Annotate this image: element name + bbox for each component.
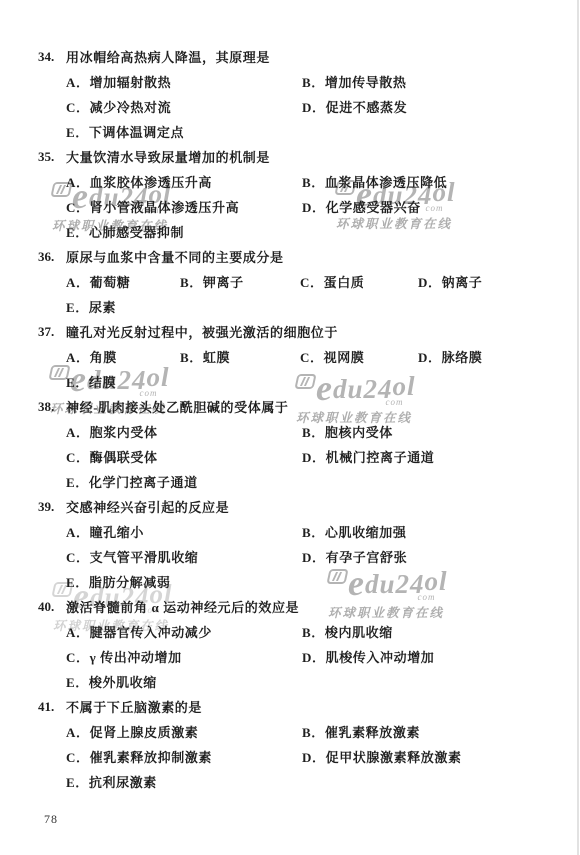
option-label: B． [302, 522, 325, 541]
option-label: E． [66, 772, 89, 791]
option-row: C．减少冷热对流D．促进不感蒸发 [38, 94, 564, 119]
option-label: A． [66, 622, 90, 641]
option-row: A．促肾上腺皮质激素B．催乳素释放激素 [38, 719, 564, 744]
option-text: 化学门控离子通道 [89, 472, 198, 491]
option-label: A． [66, 422, 90, 441]
option: C．视网膜 [300, 347, 418, 366]
option-label: C． [66, 197, 90, 216]
option-text: 支气管平滑肌收缩 [90, 547, 199, 566]
option: E．梭外肌收缩 [66, 672, 302, 691]
option-row: C．γ 传出冲动增加D．肌梭传入冲动增加 [38, 644, 564, 669]
option-text: 尿素 [89, 297, 116, 316]
option: C．γ 传出冲动增加 [66, 647, 302, 666]
question-stem: 瞳孔对光反射过程中，被强光激活的细胞位于 [66, 322, 338, 341]
option-label: B． [302, 722, 325, 741]
option-label: B． [302, 622, 325, 641]
option-text: 促肾上腺皮质激素 [90, 722, 199, 741]
question-stem-line: 38.神经-肌肉接头处乙酰胆碱的受体属于 [38, 394, 564, 419]
option: D．脉络膜 [418, 347, 482, 366]
option-label: B． [302, 172, 325, 191]
question: 35.大量饮清水导致尿量增加的机制是A．血浆胶体渗透压升高B．血浆晶体渗透压降低… [38, 144, 564, 244]
question: 37.瞳孔对光反射过程中，被强光激活的细胞位于A．角膜B．虹膜C．视网膜D．脉络… [38, 319, 564, 394]
option-text: 瞳孔缩小 [90, 522, 144, 541]
option-text: 梭内肌收缩 [325, 622, 393, 641]
option-row: E．脂肪分解减弱 [38, 569, 564, 594]
option-text: 肾小管液晶体渗透压升高 [90, 197, 240, 216]
option: D．钠离子 [418, 272, 482, 291]
option-label: C． [300, 272, 324, 291]
question-stem: 原尿与血浆中含量不同的主要成分是 [66, 247, 284, 266]
option: B．血浆晶体渗透压降低 [302, 172, 447, 191]
option-label: D． [302, 97, 326, 116]
option: E．脂肪分解减弱 [66, 572, 302, 591]
option-row: C．酶偶联受体D．机械门控离子通道 [38, 444, 564, 469]
option-label: C． [66, 97, 90, 116]
option-row: A．增加辐射散热B．增加传导散热 [38, 69, 564, 94]
option: C．支气管平滑肌收缩 [66, 547, 302, 566]
option: B．胞核内受体 [302, 422, 393, 441]
option: C．减少冷热对流 [66, 97, 302, 116]
option-text: 胞浆内受体 [90, 422, 158, 441]
option: E．抗利尿激素 [66, 772, 302, 791]
option-row: A．葡萄糖B．钾离子C．蛋白质D．钠离子 [38, 269, 564, 294]
option: E．下调体温调定点 [66, 122, 302, 141]
option-label: C． [66, 447, 90, 466]
question-number: 40. [38, 599, 66, 615]
option-text: 下调体温调定点 [89, 122, 184, 141]
option-label: A． [66, 522, 90, 541]
option-text: 催乳素释放抑制激素 [90, 747, 212, 766]
option-text: 肌梭传入冲动增加 [326, 647, 435, 666]
option-row: C．催乳素释放抑制激素D．促甲状腺激素释放激素 [38, 744, 564, 769]
option: D．肌梭传入冲动增加 [302, 647, 434, 666]
option: B．增加传导散热 [302, 72, 406, 91]
option-text: 酶偶联受体 [90, 447, 158, 466]
option-text: 增加传导散热 [325, 72, 407, 91]
option-row: A．腱器官传入冲动减少B．梭内肌收缩 [38, 619, 564, 644]
option-text: 结膜 [89, 372, 116, 391]
question-stem: 交感神经兴奋引起的反应是 [66, 497, 229, 516]
question-stem: 大量饮清水导致尿量增加的机制是 [66, 147, 270, 166]
option-label: D． [302, 647, 326, 666]
option-text: 有孕子宫舒张 [326, 547, 408, 566]
option-row: E．抗利尿激素 [38, 769, 564, 794]
option: A．血浆胶体渗透压升高 [66, 172, 302, 191]
option: D．有孕子宫舒张 [302, 547, 407, 566]
option: C．肾小管液晶体渗透压升高 [66, 197, 302, 216]
option-row: C．支气管平滑肌收缩D．有孕子宫舒张 [38, 544, 564, 569]
option: C．蛋白质 [300, 272, 418, 291]
question-stem-line: 39.交感神经兴奋引起的反应是 [38, 494, 564, 519]
option: E．化学门控离子通道 [66, 472, 302, 491]
option-label: C． [66, 547, 90, 566]
option-label: E． [66, 472, 89, 491]
option-row: A．胞浆内受体B．胞核内受体 [38, 419, 564, 444]
option-text: 增加辐射散热 [90, 72, 172, 91]
question-number: 34. [38, 49, 66, 65]
option-text: 虹膜 [203, 347, 230, 366]
option: A．促肾上腺皮质激素 [66, 722, 302, 741]
option-text: 心肌收缩加强 [325, 522, 407, 541]
option-label: A． [66, 72, 90, 91]
option-label: D． [302, 447, 326, 466]
option: A．增加辐射散热 [66, 72, 302, 91]
option: B．梭内肌收缩 [302, 622, 393, 641]
option-label: D． [418, 272, 442, 291]
option: C．催乳素释放抑制激素 [66, 747, 302, 766]
option: B．催乳素释放激素 [302, 722, 420, 741]
option-label: E． [66, 572, 89, 591]
question-stem-line: 34.用冰帽给高热病人降温，其原理是 [38, 44, 564, 69]
option-label: B． [180, 347, 203, 366]
option-text: γ 传出冲动增加 [90, 647, 182, 666]
option-row: C．肾小管液晶体渗透压升高D．化学感受器兴奋 [38, 194, 564, 219]
question-stem-line: 40.激活脊髓前角 α 运动神经元后的效应是 [38, 594, 564, 619]
option-text: 葡萄糖 [90, 272, 131, 291]
question-number: 35. [38, 149, 66, 165]
option: A．葡萄糖 [66, 272, 180, 291]
option-row: E．尿素 [38, 294, 564, 319]
option-text: 催乳素释放激素 [325, 722, 420, 741]
option-label: D． [302, 197, 326, 216]
option-row: A．血浆胶体渗透压升高B．血浆晶体渗透压降低 [38, 169, 564, 194]
questions: 34.用冰帽给高热病人降温，其原理是A．增加辐射散热B．增加传导散热C．减少冷热… [0, 0, 580, 794]
option-label: C． [300, 347, 324, 366]
option: B．钾离子 [180, 272, 300, 291]
question-stem: 不属于下丘脑激素的是 [66, 697, 202, 716]
option: A．角膜 [66, 347, 180, 366]
option-label: A． [66, 172, 90, 191]
option-text: 促甲状腺激素释放激素 [326, 747, 462, 766]
option-label: B． [180, 272, 203, 291]
option: D．机械门控离子通道 [302, 447, 434, 466]
option: E．结膜 [66, 372, 180, 391]
option-text: 梭外肌收缩 [89, 672, 157, 691]
question-stem: 神经-肌肉接头处乙酰胆碱的受体属于 [66, 397, 289, 416]
option-row: E．下调体温调定点 [38, 119, 564, 144]
option-label: E． [66, 122, 89, 141]
question: 36.原尿与血浆中含量不同的主要成分是A．葡萄糖B．钾离子C．蛋白质D．钠离子E… [38, 244, 564, 319]
question: 40.激活脊髓前角 α 运动神经元后的效应是A．腱器官传入冲动减少B．梭内肌收缩… [38, 594, 564, 694]
option-text: 血浆晶体渗透压降低 [325, 172, 447, 191]
question: 39.交感神经兴奋引起的反应是A．瞳孔缩小B．心肌收缩加强C．支气管平滑肌收缩D… [38, 494, 564, 594]
question-stem-line: 37.瞳孔对光反射过程中，被强光激活的细胞位于 [38, 319, 564, 344]
option-label: B． [302, 422, 325, 441]
option: D．化学感受器兴奋 [302, 197, 421, 216]
option-text: 抗利尿激素 [89, 772, 157, 791]
option-label: D． [418, 347, 442, 366]
option: C．酶偶联受体 [66, 447, 302, 466]
option-label: E． [66, 297, 89, 316]
scan-edge-artifact [577, 0, 579, 855]
option-label: E． [66, 672, 89, 691]
option: E．心肺感受器抑制 [66, 222, 302, 241]
option-label: E． [66, 222, 89, 241]
option-row: A．角膜B．虹膜C．视网膜D．脉络膜 [38, 344, 564, 369]
scanned-exam-page: 34.用冰帽给高热病人降温，其原理是A．增加辐射散热B．增加传导散热C．减少冷热… [0, 0, 580, 855]
option-label: C． [66, 747, 90, 766]
option: D．促甲状腺激素释放激素 [302, 747, 462, 766]
option-row: E．梭外肌收缩 [38, 669, 564, 694]
option-text: 钠离子 [442, 272, 483, 291]
option: A．腱器官传入冲动减少 [66, 622, 302, 641]
option-label: A． [66, 722, 90, 741]
question: 41.不属于下丘脑激素的是A．促肾上腺皮质激素B．催乳素释放激素C．催乳素释放抑… [38, 694, 564, 794]
option-label: D． [302, 747, 326, 766]
question-number: 39. [38, 499, 66, 515]
question-number: 38. [38, 399, 66, 415]
option-text: 胞核内受体 [325, 422, 393, 441]
option-text: 钾离子 [203, 272, 244, 291]
option-text: 腱器官传入冲动减少 [90, 622, 212, 641]
option: B．心肌收缩加强 [302, 522, 406, 541]
option-text: 心肺感受器抑制 [89, 222, 184, 241]
option: D．促进不感蒸发 [302, 97, 407, 116]
option-text: 血浆胶体渗透压升高 [90, 172, 212, 191]
option-text: 化学感受器兴奋 [326, 197, 421, 216]
option-row: E．心肺感受器抑制 [38, 219, 564, 244]
option-label: B． [302, 72, 325, 91]
option-text: 蛋白质 [324, 272, 365, 291]
question-stem-line: 41.不属于下丘脑激素的是 [38, 694, 564, 719]
option-text: 视网膜 [324, 347, 365, 366]
option-text: 角膜 [90, 347, 117, 366]
option: A．瞳孔缩小 [66, 522, 302, 541]
option-text: 脉络膜 [442, 347, 483, 366]
question-stem: 激活脊髓前角 α 运动神经元后的效应是 [66, 597, 299, 616]
option-label: D． [302, 547, 326, 566]
option-row: E．结膜 [38, 369, 564, 394]
question-number: 37. [38, 324, 66, 340]
question-stem: 用冰帽给高热病人降温，其原理是 [66, 47, 270, 66]
question-stem-line: 35.大量饮清水导致尿量增加的机制是 [38, 144, 564, 169]
option: B．虹膜 [180, 347, 300, 366]
option-label: A． [66, 347, 90, 366]
option-label: C． [66, 647, 90, 666]
option-label: E． [66, 372, 89, 391]
question: 38.神经-肌肉接头处乙酰胆碱的受体属于A．胞浆内受体B．胞核内受体C．酶偶联受… [38, 394, 564, 494]
option-row: A．瞳孔缩小B．心肌收缩加强 [38, 519, 564, 544]
question-number: 36. [38, 249, 66, 265]
option-text: 机械门控离子通道 [326, 447, 435, 466]
question: 34.用冰帽给高热病人降温，其原理是A．增加辐射散热B．增加传导散热C．减少冷热… [38, 44, 564, 144]
page-number: 78 [44, 812, 58, 827]
option-text: 减少冷热对流 [90, 97, 172, 116]
option-label: A． [66, 272, 90, 291]
question-stem-line: 36.原尿与血浆中含量不同的主要成分是 [38, 244, 564, 269]
option: A．胞浆内受体 [66, 422, 302, 441]
option: E．尿素 [66, 297, 180, 316]
question-number: 41. [38, 699, 66, 715]
option-row: E．化学门控离子通道 [38, 469, 564, 494]
option-text: 促进不感蒸发 [326, 97, 408, 116]
option-text: 脂肪分解减弱 [89, 572, 171, 591]
